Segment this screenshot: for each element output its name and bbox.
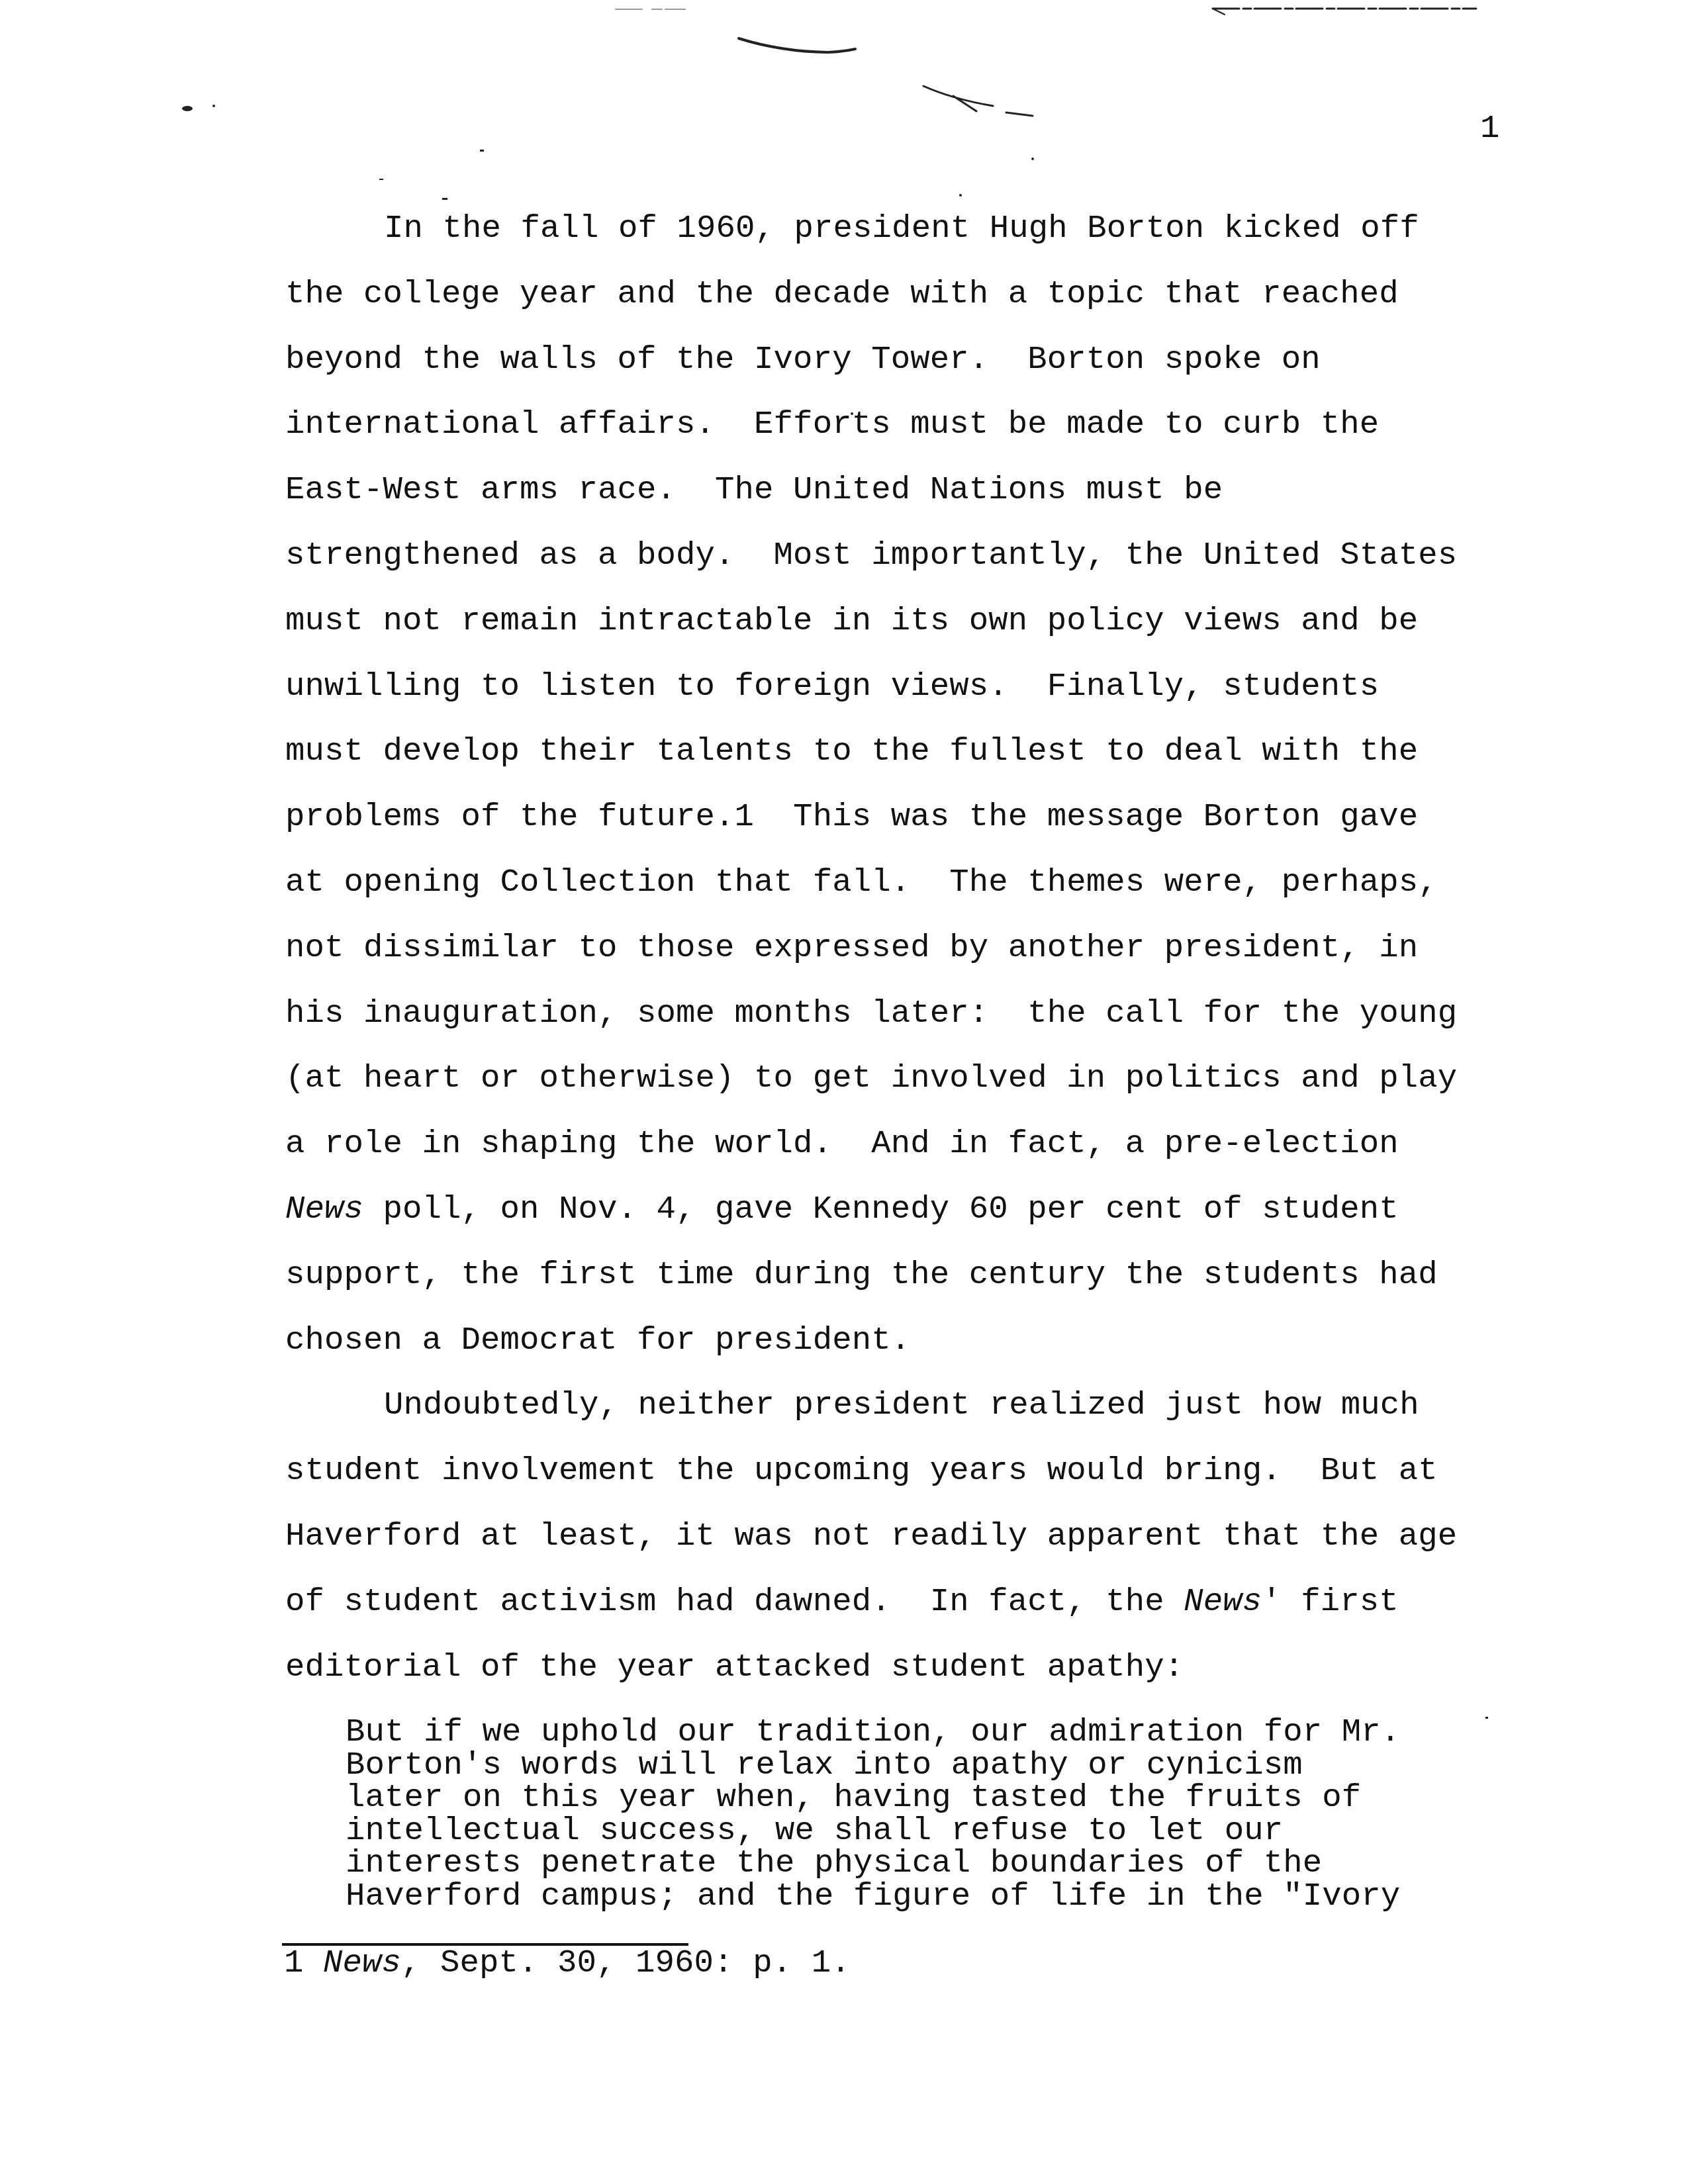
text-line: East-West arms race. The United Nations … bbox=[285, 470, 1223, 510]
text-line: must develop their talents to the fulles… bbox=[285, 731, 1418, 771]
text-segment: a role in shaping the world. And in fact… bbox=[285, 1125, 1399, 1162]
text-line: at opening Collection that fall. The the… bbox=[285, 862, 1438, 902]
text-line: of student activism had dawned. In fact,… bbox=[285, 1582, 1399, 1621]
footnote-marker: 1 bbox=[284, 1944, 323, 1981]
text-line: beyond the walls of the Ivory Tower. Bor… bbox=[285, 340, 1321, 379]
text-segment: at opening Collection that fall. The the… bbox=[285, 864, 1438, 901]
quote-line: Haverford campus; and the figure of life… bbox=[346, 1876, 1400, 1916]
text-segment: In the fall of 1960, president Hugh Bort… bbox=[384, 210, 1419, 247]
text-segment: not dissimilar to those expressed by ano… bbox=[285, 929, 1418, 966]
text-segment: editorial of the year attacked student a… bbox=[285, 1649, 1184, 1686]
publication-title: News bbox=[1184, 1583, 1262, 1620]
text-segment: (at heart or otherwise) to get involved … bbox=[285, 1060, 1457, 1097]
text-line: News poll, on Nov. 4, gave Kennedy 60 pe… bbox=[285, 1189, 1399, 1229]
page-number: 1 bbox=[1480, 109, 1500, 148]
text-segment: beyond the walls of the Ivory Tower. Bor… bbox=[285, 341, 1321, 378]
text-segment: poll, on Nov. 4, gave Kennedy 60 per cen… bbox=[363, 1191, 1399, 1228]
text-segment: international affairs. Efforts must be m… bbox=[285, 406, 1379, 443]
text-segment: of student activism had dawned. In fact,… bbox=[285, 1583, 1184, 1620]
text-line: editorial of the year attacked student a… bbox=[285, 1647, 1184, 1687]
text-line: Undoubtedly, neither president realized … bbox=[384, 1385, 1419, 1425]
text-line: (at heart or otherwise) to get involved … bbox=[285, 1058, 1457, 1098]
footnote-source: News bbox=[323, 1944, 401, 1981]
footnote: 1 News, Sept. 30, 1960: p. 1. bbox=[284, 1943, 851, 1983]
text-segment: ' first bbox=[1262, 1583, 1399, 1620]
text-segment: must not remain intractable in its own p… bbox=[285, 602, 1418, 639]
text-line: a role in shaping the world. And in fact… bbox=[285, 1124, 1399, 1163]
text-segment: unwilling to listen to foreign views. Fi… bbox=[285, 668, 1379, 705]
text-segment: problems of the future.1 This was the me… bbox=[285, 798, 1418, 835]
text-line: international affairs. Efforts must be m… bbox=[285, 404, 1379, 444]
text-line: chosen a Democrat for president. bbox=[285, 1320, 910, 1360]
publication-title: News bbox=[285, 1191, 363, 1228]
text-line: unwilling to listen to foreign views. Fi… bbox=[285, 666, 1379, 706]
text-segment: strengthened as a body. Most importantly… bbox=[285, 537, 1457, 574]
text-line: support, the first time during the centu… bbox=[285, 1255, 1438, 1295]
text-line: not dissimilar to those expressed by ano… bbox=[285, 928, 1418, 968]
text-segment: must develop their talents to the fulles… bbox=[285, 733, 1418, 770]
text-segment: student involvement the upcoming years w… bbox=[285, 1452, 1438, 1489]
text-line: Haverford at least, it was not readily a… bbox=[285, 1516, 1457, 1556]
text-line: the college year and the decade with a t… bbox=[285, 274, 1399, 314]
text-line: his inauguration, some months later: the… bbox=[285, 993, 1457, 1033]
document-page: 1 In the fall of 1960, president Hugh Bo… bbox=[0, 0, 1688, 2184]
text-line: strengthened as a body. Most importantly… bbox=[285, 535, 1457, 575]
text-segment: Undoubtedly, neither president realized … bbox=[384, 1387, 1419, 1424]
text-segment: Haverford at least, it was not readily a… bbox=[285, 1518, 1457, 1555]
text-segment: the college year and the decade with a t… bbox=[285, 275, 1399, 312]
text-segment: support, the first time during the centu… bbox=[285, 1256, 1438, 1293]
text-segment: his inauguration, some months later: the… bbox=[285, 995, 1457, 1032]
text-line: student involvement the upcoming years w… bbox=[285, 1451, 1438, 1490]
text-line: problems of the future.1 This was the me… bbox=[285, 797, 1418, 837]
text-line: must not remain intractable in its own p… bbox=[285, 601, 1418, 641]
text-segment: chosen a Democrat for president. bbox=[285, 1322, 910, 1359]
text-segment: East-West arms race. The United Nations … bbox=[285, 471, 1223, 508]
footnote-citation: , Sept. 30, 1960: p. 1. bbox=[401, 1944, 851, 1981]
text-line: In the fall of 1960, president Hugh Bort… bbox=[384, 208, 1419, 248]
